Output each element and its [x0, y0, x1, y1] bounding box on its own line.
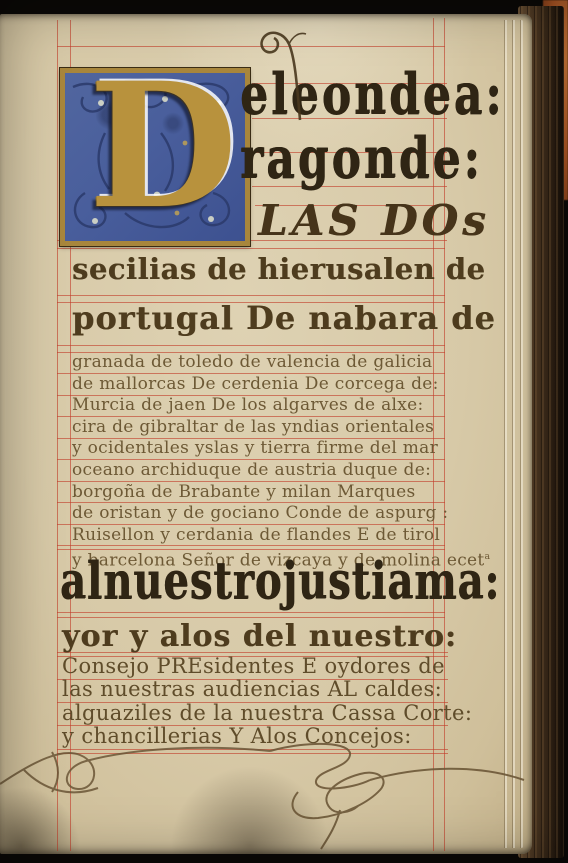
pen-flourishes [0, 0, 568, 863]
manuscript-photo: D eleondea: ragonde: LAS DOs secilias de… [0, 0, 568, 863]
rubric-squiggle-center [270, 744, 524, 849]
rubric-squiggle-left [0, 748, 270, 793]
